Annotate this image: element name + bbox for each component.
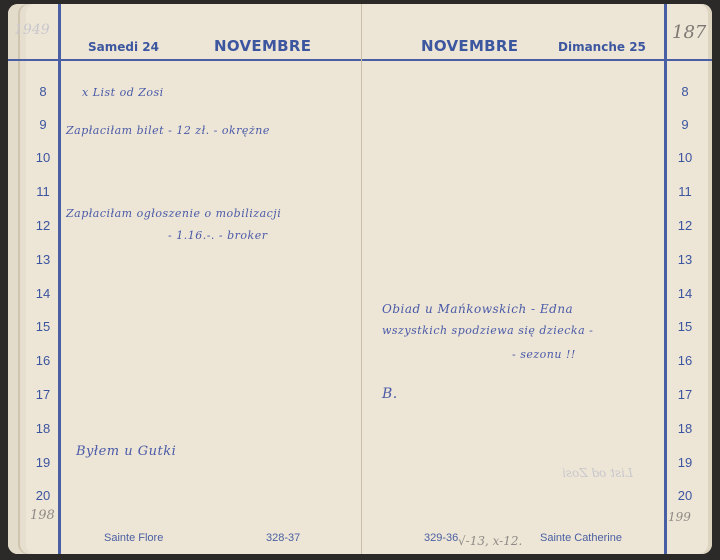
left-page: 1949 Samedi 24 NOVEMBRE 8 9 10 11 12 13 …	[8, 4, 362, 554]
hour-label: 15	[670, 319, 700, 334]
hour-label: 19	[28, 455, 58, 470]
hour-label: 18	[28, 421, 58, 436]
hour-column-rule	[664, 4, 667, 554]
diary-spread: 1949 Samedi 24 NOVEMBRE 8 9 10 11 12 13 …	[8, 4, 714, 554]
ink-bleed-through: List od Zosi	[562, 466, 633, 480]
header-rule	[362, 59, 712, 61]
day-of-year: 328-37	[266, 532, 300, 544]
hour-label: 8	[28, 84, 58, 99]
hour-label: 17	[670, 387, 700, 402]
pencil-note: √-13, x-12.	[458, 534, 522, 548]
handwritten-entry: x List od Zosi	[82, 86, 164, 99]
saint-name: Sainte Catherine	[540, 532, 622, 544]
handwritten-entry: Byłem u Gutki	[76, 444, 176, 459]
hour-label: 14	[28, 286, 58, 301]
hour-label: 15	[28, 319, 58, 334]
hour-label: 12	[28, 218, 58, 233]
faint-year-stamp: 1949	[14, 22, 50, 38]
hour-label: 9	[670, 117, 700, 132]
hour-label: 20	[28, 488, 58, 503]
hour-column-rule	[58, 4, 61, 554]
hour-label: 18	[670, 421, 700, 436]
header-rule	[8, 59, 362, 61]
hour-label: 13	[28, 252, 58, 267]
handwritten-entry: Obiad u Mańkowskich - Edna	[382, 302, 573, 316]
page-number: 198	[30, 508, 55, 523]
hour-label: 11	[670, 184, 700, 199]
day-label: Samedi 24	[88, 40, 159, 54]
handwritten-entry: B.	[382, 386, 398, 402]
hour-label: 16	[28, 353, 58, 368]
hour-label: 8	[670, 84, 700, 99]
saint-name: Sainte Flore	[104, 532, 163, 544]
handwritten-entry: - sezonu !!	[512, 348, 576, 361]
page-number: 199	[668, 510, 691, 524]
hour-label: 10	[28, 150, 58, 165]
right-page: NOVEMBRE Dimanche 25 187 8 9 10 11 12 13…	[362, 4, 712, 554]
day-label: Dimanche 25	[558, 40, 646, 54]
day-of-year: 329-36	[424, 532, 458, 544]
month-title: NOVEMBRE	[214, 37, 311, 55]
hour-label: 16	[670, 353, 700, 368]
hour-label: 10	[670, 150, 700, 165]
hour-label: 17	[28, 387, 58, 402]
hour-label: 14	[670, 286, 700, 301]
handwritten-entry: Zapłaciłam bilet - 12 zł. - okrężne	[66, 124, 270, 137]
handwritten-entry: - 1.16.-. - broker	[168, 229, 267, 242]
hour-label: 9	[28, 117, 58, 132]
hour-label: 13	[670, 252, 700, 267]
hour-label: 11	[28, 184, 58, 199]
handwritten-entry: Zapłaciłam ogłoszenie o mobilizacji	[66, 207, 281, 220]
hour-label: 19	[670, 455, 700, 470]
hour-label: 12	[670, 218, 700, 233]
handwritten-entry: wszystkich spodziewa się dziecka -	[382, 324, 593, 337]
month-title: NOVEMBRE	[421, 37, 518, 55]
hour-label: 20	[670, 488, 700, 503]
archive-number: 187	[672, 22, 706, 43]
